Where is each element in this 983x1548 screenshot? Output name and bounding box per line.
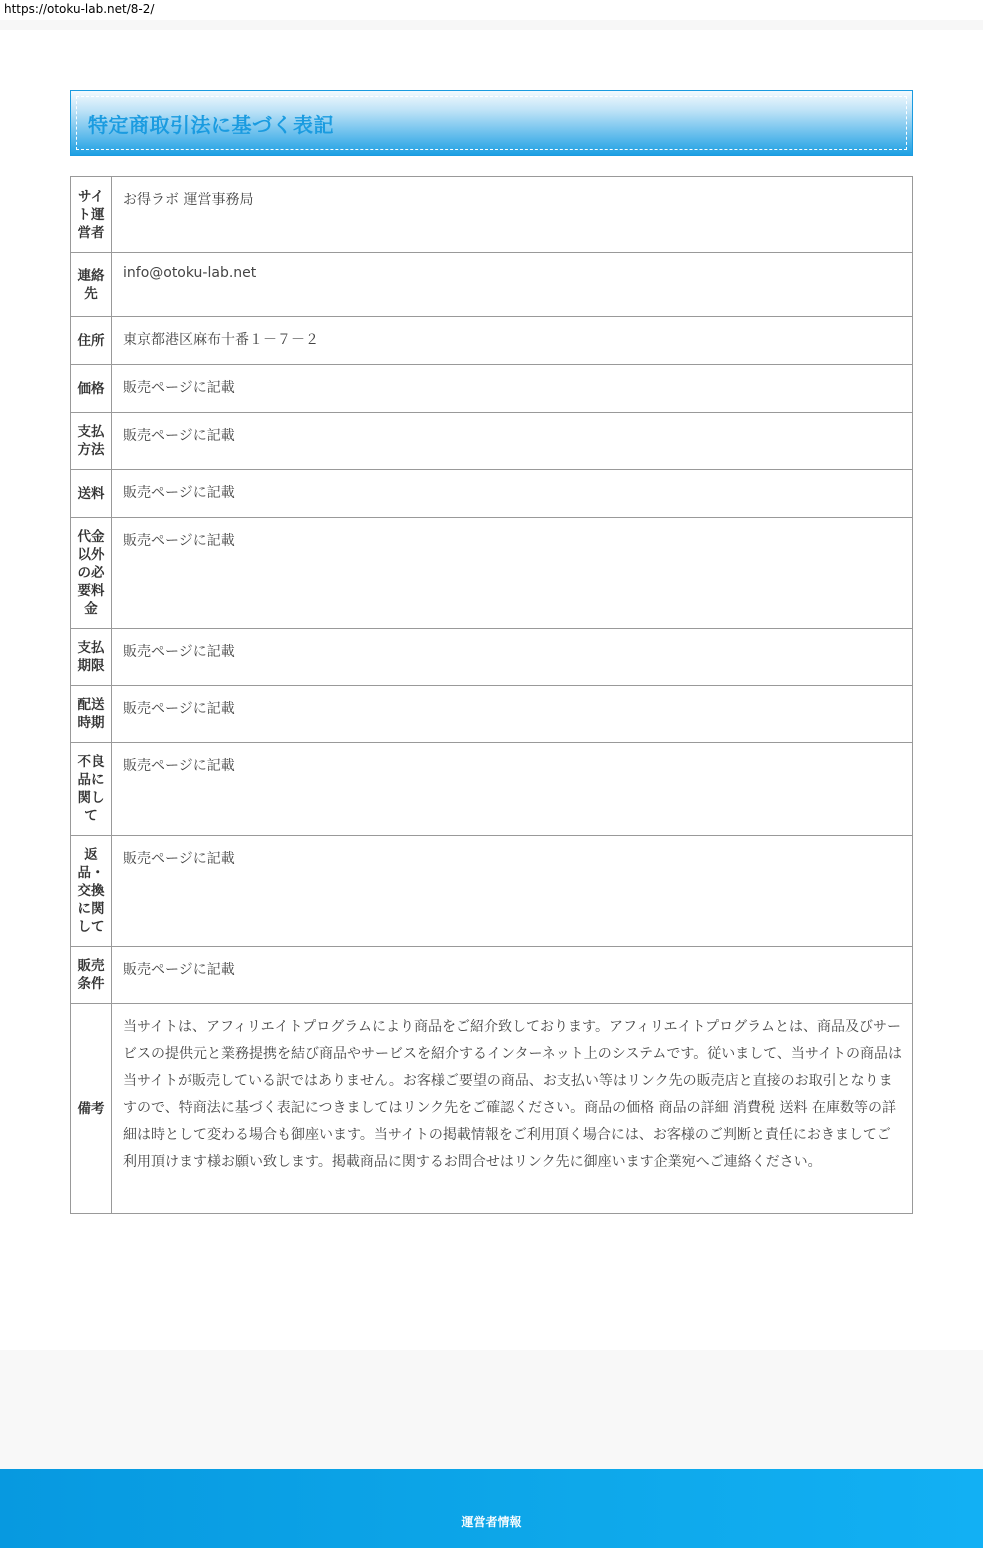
- row-label-address: 住所: [71, 317, 112, 365]
- row-label-remarks: 備考: [71, 1004, 112, 1214]
- legal-info-table: サイト運営者 お得ラボ 運営事務局 連絡先 info@otoku-lab.net…: [70, 176, 913, 1214]
- row-label-price: 価格: [71, 365, 112, 413]
- table-row: 配送時期 販売ページに記載: [71, 686, 913, 743]
- row-value-payment-deadline: 販売ページに記載: [112, 629, 913, 686]
- table-row: 住所 東京都港区麻布十番１－７－２: [71, 317, 913, 365]
- row-label-returns: 返品・交換に関して: [71, 836, 112, 947]
- row-label-contact: 連絡先: [71, 253, 112, 317]
- table-row: 送料 販売ページに記載: [71, 470, 913, 518]
- row-value-defective: 販売ページに記載: [112, 743, 913, 836]
- row-label-delivery-time: 配送時期: [71, 686, 112, 743]
- footer-widget-area: [0, 1350, 983, 1469]
- table-row: サイト運営者 お得ラボ 運営事務局: [71, 177, 913, 253]
- footer-bar: 運営者情報: [0, 1469, 983, 1548]
- row-label-defective: 不良品に関して: [71, 743, 112, 836]
- row-label-other-fees: 代金以外の必要料金: [71, 518, 112, 629]
- table-row: 代金以外の必要料金 販売ページに記載: [71, 518, 913, 629]
- table-row: 連絡先 info@otoku-lab.net: [71, 253, 913, 317]
- header-band: [0, 20, 983, 30]
- row-label-payment-deadline: 支払期限: [71, 629, 112, 686]
- page-heading-box: 特定商取引法に基づく表記: [70, 90, 913, 156]
- url-text: https://otoku-lab.net/8-2/: [0, 0, 983, 20]
- row-value-payment-method: 販売ページに記載: [112, 413, 913, 470]
- table-row: 返品・交換に関して 販売ページに記載: [71, 836, 913, 947]
- row-label-sales-conditions: 販売条件: [71, 947, 112, 1004]
- table-row: 支払期限 販売ページに記載: [71, 629, 913, 686]
- row-value-operator: お得ラボ 運営事務局: [112, 177, 913, 253]
- row-label-operator: サイト運営者: [71, 177, 112, 253]
- footer-link-operator-info[interactable]: 運営者情報: [461, 1513, 521, 1530]
- table-row: 販売条件 販売ページに記載: [71, 947, 913, 1004]
- row-value-other-fees: 販売ページに記載: [112, 518, 913, 629]
- row-value-address: 東京都港区麻布十番１－７－２: [112, 317, 913, 365]
- row-value-contact: info@otoku-lab.net: [112, 253, 913, 317]
- row-value-sales-conditions: 販売ページに記載: [112, 947, 913, 1004]
- row-value-shipping-fee: 販売ページに記載: [112, 470, 913, 518]
- row-label-payment-method: 支払方法: [71, 413, 112, 470]
- table-row: 不良品に関して 販売ページに記載: [71, 743, 913, 836]
- row-value-returns: 販売ページに記載: [112, 836, 913, 947]
- row-value-delivery-time: 販売ページに記載: [112, 686, 913, 743]
- table-row: 備考 当サイトは、アフィリエイトプログラムにより商品をご紹介致しております。アフ…: [71, 1004, 913, 1214]
- row-value-remarks: 当サイトは、アフィリエイトプログラムにより商品をご紹介致しております。アフィリエ…: [112, 1004, 913, 1214]
- table-row: 支払方法 販売ページに記載: [71, 413, 913, 470]
- row-value-price: 販売ページに記載: [112, 365, 913, 413]
- page-title: 特定商取引法に基づく表記: [88, 109, 334, 138]
- table-row: 価格 販売ページに記載: [71, 365, 913, 413]
- page-heading-inner: 特定商取引法に基づく表記: [76, 96, 907, 150]
- row-label-shipping-fee: 送料: [71, 470, 112, 518]
